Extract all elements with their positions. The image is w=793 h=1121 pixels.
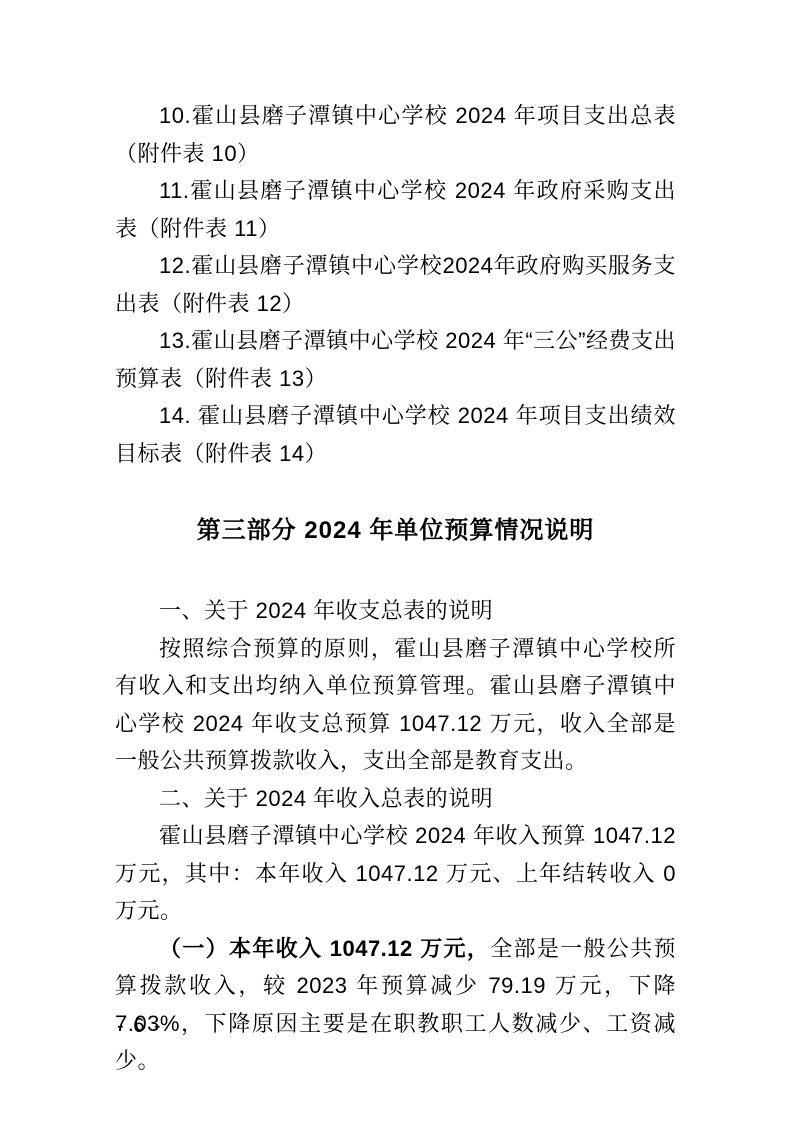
section-paragraph: 霍山县磨子潭镇中心学校 2024 年收入预算 1047.12 万元，其中：本年收… bbox=[115, 817, 676, 930]
page-content: 10.霍山县磨子潭镇中心学校 2024 年项目支出总表（附件表 10） 11.霍… bbox=[115, 97, 676, 1080]
list-item: 12.霍山县磨子潭镇中心学校2024年政府购买服务支出表（附件表 12） bbox=[115, 247, 676, 322]
section-subitem-paragraph: （一）本年收入 1047.12 万元，全部是一般公共预算拨款收入，较 2023 … bbox=[115, 930, 676, 1080]
part-heading: 第三部分 2024 年单位预算情况说明 bbox=[115, 512, 676, 550]
list-item: 11.霍山县磨子潭镇中心学校 2024 年政府采购支出表（附件表 11） bbox=[115, 172, 676, 247]
section-heading: 二、关于 2024 年收入总表的说明 bbox=[115, 780, 676, 818]
list-item: 10.霍山县磨子潭镇中心学校 2024 年项目支出总表（附件表 10） bbox=[115, 97, 676, 172]
document-page: 10.霍山县磨子潭镇中心学校 2024 年项目支出总表（附件表 10） 11.霍… bbox=[0, 0, 793, 1121]
page-number: - 6 - bbox=[117, 1012, 163, 1040]
section-income: 二、关于 2024 年收入总表的说明 霍山县磨子潭镇中心学校 2024 年收入预… bbox=[115, 780, 676, 1080]
attachment-list: 10.霍山县磨子潭镇中心学校 2024 年项目支出总表（附件表 10） 11.霍… bbox=[115, 97, 676, 472]
list-item: 14. 霍山县磨子潭镇中心学校 2024 年项目支出绩效目标表（附件表 14） bbox=[115, 397, 676, 472]
list-item: 13.霍山县磨子潭镇中心学校 2024 年“三公”经费支出预算表（附件表 13） bbox=[115, 322, 676, 397]
section-income-expense: 一、关于 2024 年收支总表的说明 按照综合预算的原则，霍山县磨子潭镇中心学校… bbox=[115, 592, 676, 780]
subitem-bold-lead: （一）本年收入 1047.12 万元， bbox=[159, 936, 490, 961]
section-heading: 一、关于 2024 年收支总表的说明 bbox=[115, 592, 676, 630]
section-paragraph: 按照综合预算的原则，霍山县磨子潭镇中心学校所有收入和支出均纳入单位预算管理。霍山… bbox=[115, 630, 676, 780]
